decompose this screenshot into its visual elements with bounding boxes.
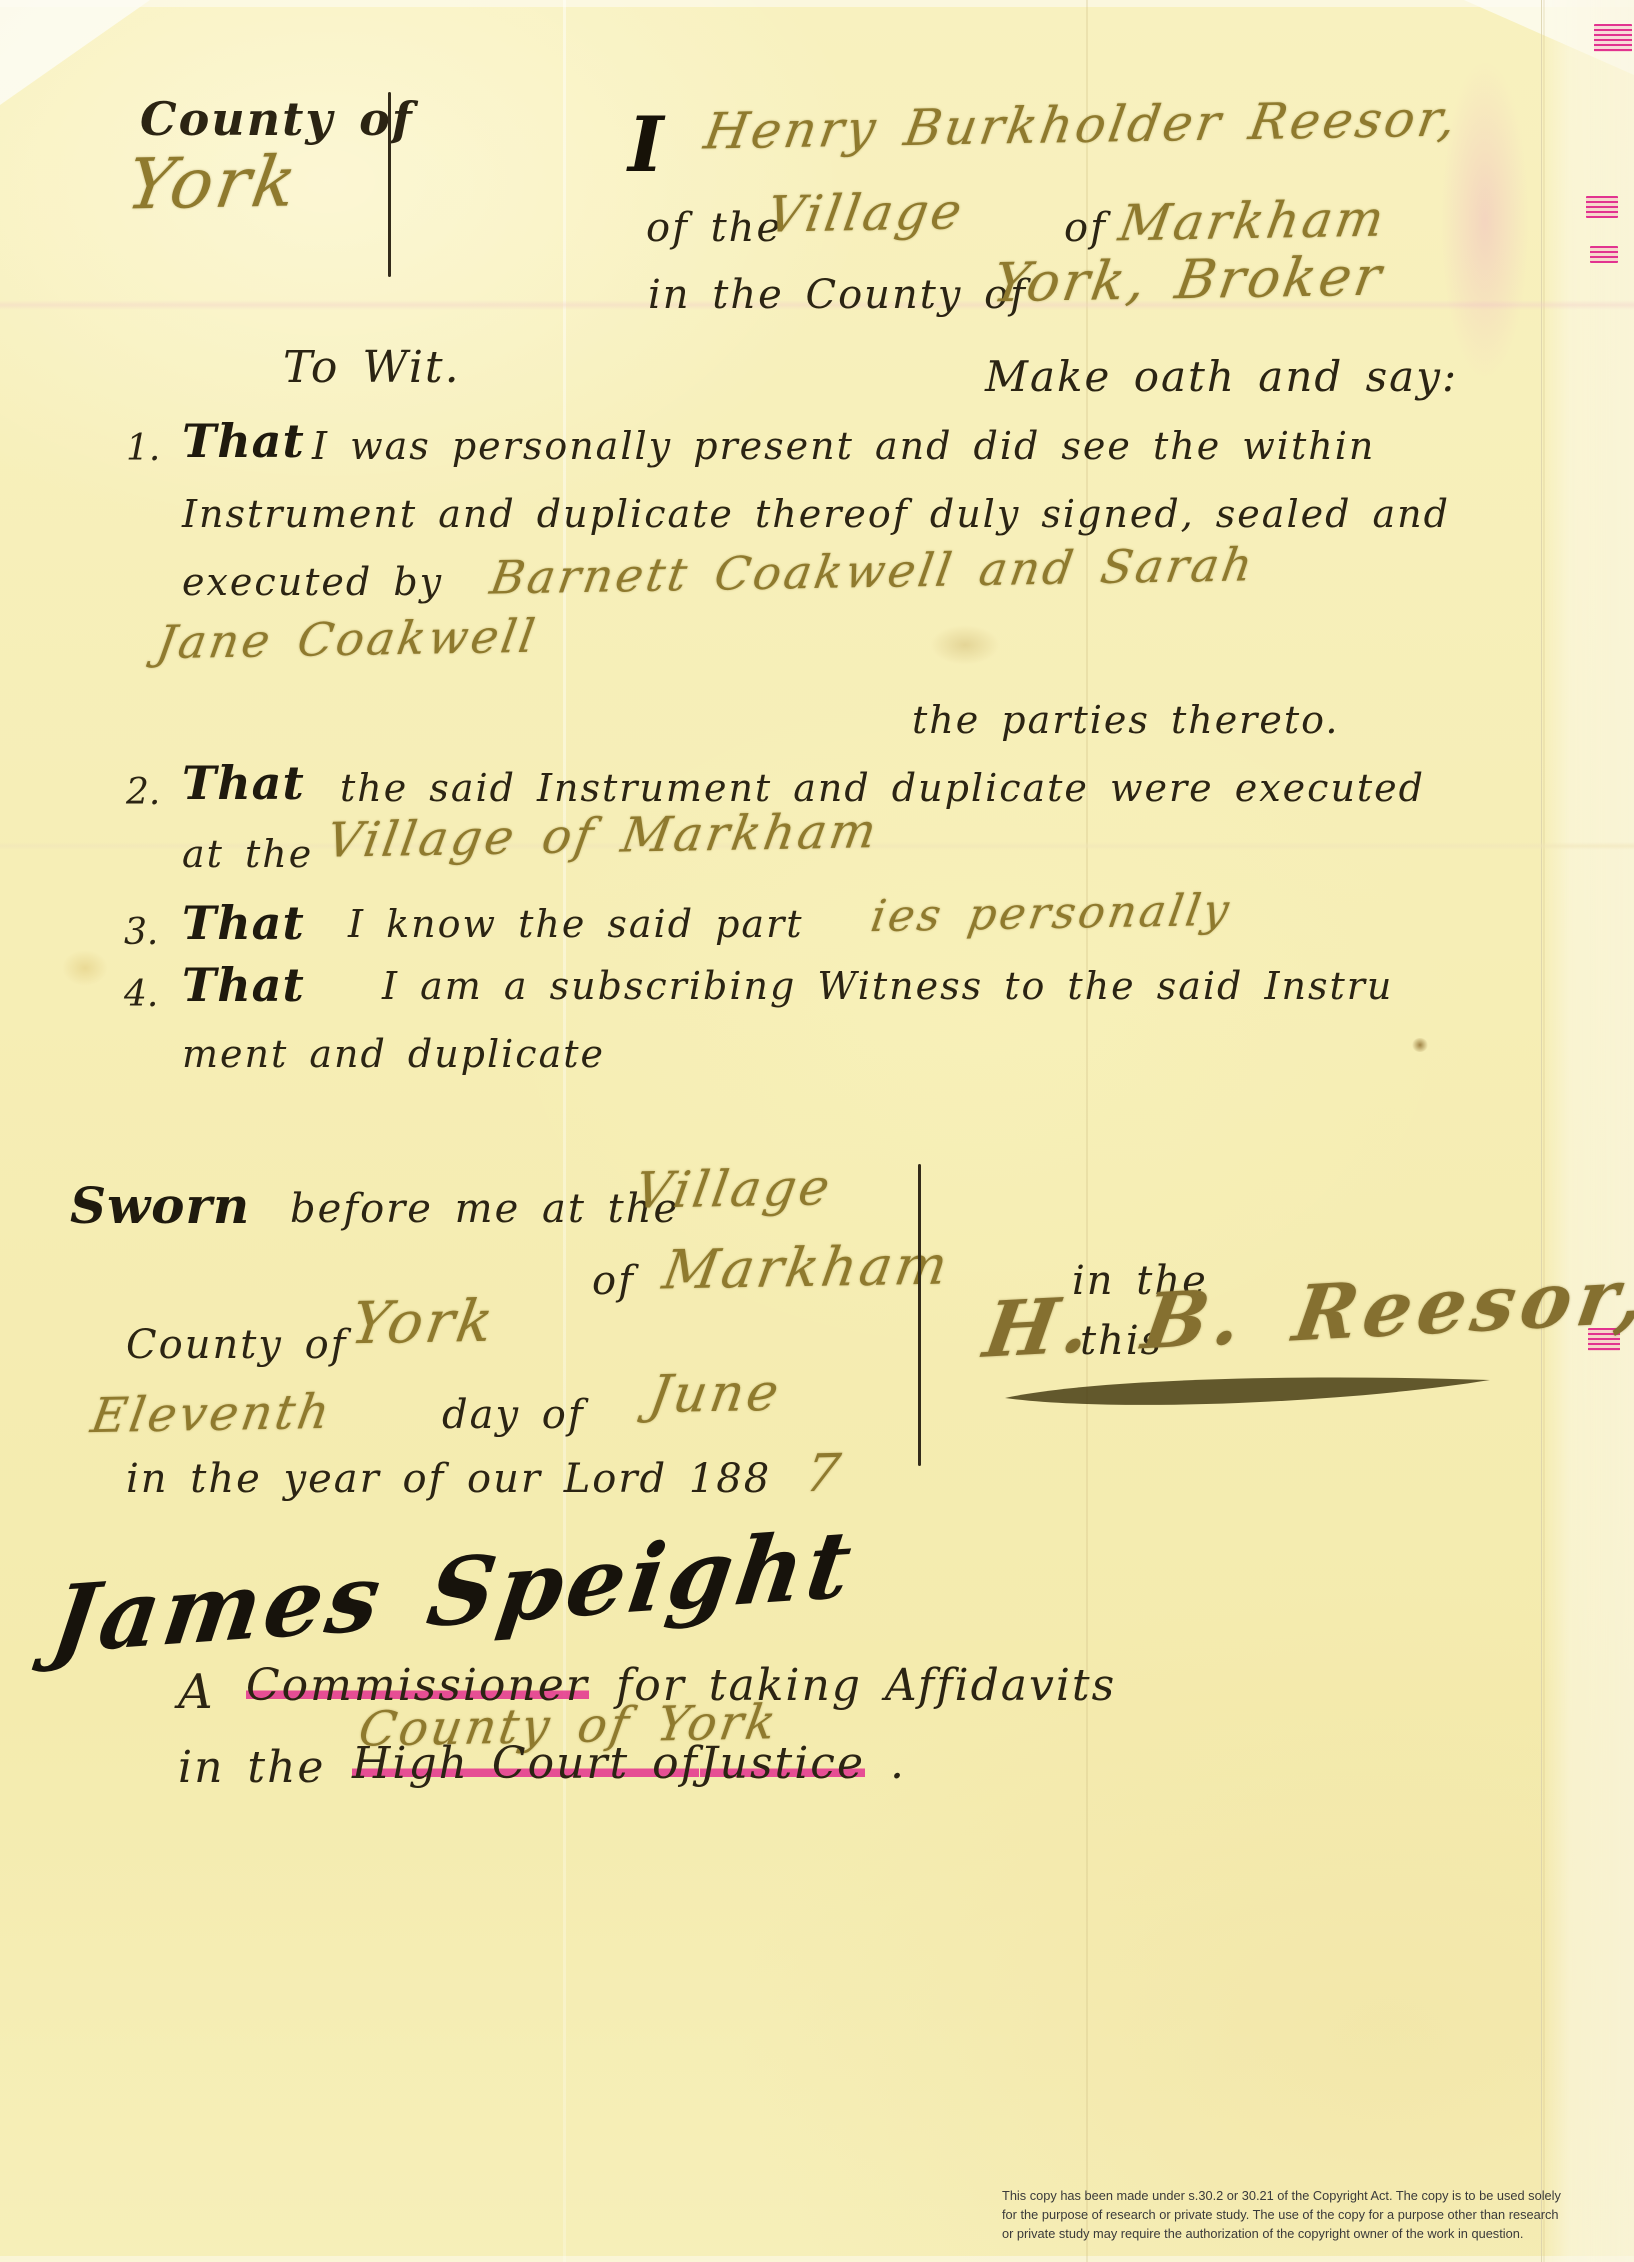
jurat-day-handwritten: Eleventh <box>87 1384 336 1444</box>
clause1-parties-thereto: the parties thereto. <box>912 698 1339 742</box>
clause1-names-handwritten: Barnett Coakwell and Sarah <box>487 537 1259 604</box>
county-value-handwritten: York <box>121 141 305 226</box>
jurat-year-digit-handwritten: 7 <box>801 1444 847 1505</box>
clause2-at-the: at the <box>182 832 313 876</box>
header-divider-line <box>388 92 391 277</box>
edge-mark-magenta-2 <box>1586 196 1618 218</box>
commission-struck-court: High Court of <box>352 1738 699 1789</box>
jurat-sworn: Sworn <box>70 1176 250 1235</box>
county-occupation-handwritten: York, Broker <box>988 245 1388 315</box>
village-handwritten: Village <box>763 182 968 243</box>
jurat-county-of: County of <box>126 1322 347 1368</box>
clause2-place-handwritten: Village of Markham <box>323 803 883 869</box>
commission-period: . <box>890 1738 906 1789</box>
clause1-that: That <box>182 414 305 468</box>
deponent-name-handwritten: Henry Burkholder Reesor, <box>700 89 1463 160</box>
clause1-line2: Instrument and duplicate thereof duly si… <box>182 492 1450 536</box>
jurat-place-handwritten: Markham <box>659 1234 955 1302</box>
commission-prefix: A <box>178 1664 215 1720</box>
age-spot-2 <box>62 950 108 986</box>
edge-mark-magenta-3 <box>1590 246 1618 263</box>
clause3-line1-printed: I know the said part <box>348 902 804 946</box>
clause3-number: 3. <box>124 912 158 953</box>
clause3-hand: ies personally <box>867 885 1235 942</box>
fold-line-center <box>563 0 566 2262</box>
jurat-day-of: day of <box>442 1392 585 1438</box>
age-spot-3 <box>1412 1038 1428 1052</box>
jurat-county-handwritten: York <box>346 1287 500 1357</box>
in-county-of-label: in the County of <box>648 272 1027 318</box>
scan-corner-top-left <box>0 0 150 105</box>
age-spot-1 <box>930 625 1000 665</box>
clause4-that: That <box>182 958 305 1012</box>
place-handwritten: Markham <box>1115 190 1391 253</box>
clause4-line2: ment and duplicate <box>182 1032 605 1076</box>
clause3-that: That <box>182 896 305 950</box>
deponent-initial: I <box>628 100 666 189</box>
fold-line-far-right <box>1543 0 1545 2262</box>
copyright-notice: This copy has been made under s.30.2 or … <box>1002 2186 1622 2244</box>
to-wit-label: To Wit. <box>283 342 461 393</box>
fold-line-right <box>1086 0 1088 2262</box>
edge-mark-magenta-1 <box>1594 24 1632 52</box>
jurat-divider-line <box>918 1164 921 1466</box>
clause4-line1: I am a subscribing Witness to the said I… <box>382 964 1393 1008</box>
clause1-number: 1. <box>126 428 160 469</box>
clause2-that: That <box>182 756 305 810</box>
jurat-of: of <box>592 1258 635 1304</box>
clause4-number: 4. <box>124 974 158 1015</box>
scan-edge-top <box>0 0 1634 7</box>
signature-flourish <box>990 1366 1510 1426</box>
right-page-edge <box>1541 0 1634 2262</box>
of-the-label: of the <box>646 205 782 251</box>
county-of-label: County of <box>140 92 414 146</box>
scan-edge-bottom <box>0 2256 1634 2262</box>
jurat-year-prefix: in the year of our Lord 188 <box>126 1456 771 1502</box>
clause1-line1: I was personally present and did see the… <box>312 424 1375 468</box>
clause1-line3-printed: executed by <box>182 560 443 604</box>
commissioner-signature: James Speight <box>45 1509 861 1674</box>
clause2-number: 2. <box>126 772 160 813</box>
commission-struck-justice: Justice <box>700 1738 865 1789</box>
affidavit-page: County of York I Henry Burkholder Reesor… <box>0 0 1634 2262</box>
oath-line-label: Make oath and say: <box>985 352 1458 401</box>
commission-in-the: in the <box>178 1742 325 1793</box>
jurat-village-handwritten: Village <box>631 1158 836 1219</box>
jurat-month-handwritten: June <box>645 1363 786 1425</box>
clause1-names2-handwritten: Jane Coakwell <box>153 609 541 670</box>
jurat-before-me: before me at the <box>290 1186 679 1232</box>
of-label: of <box>1064 205 1107 251</box>
